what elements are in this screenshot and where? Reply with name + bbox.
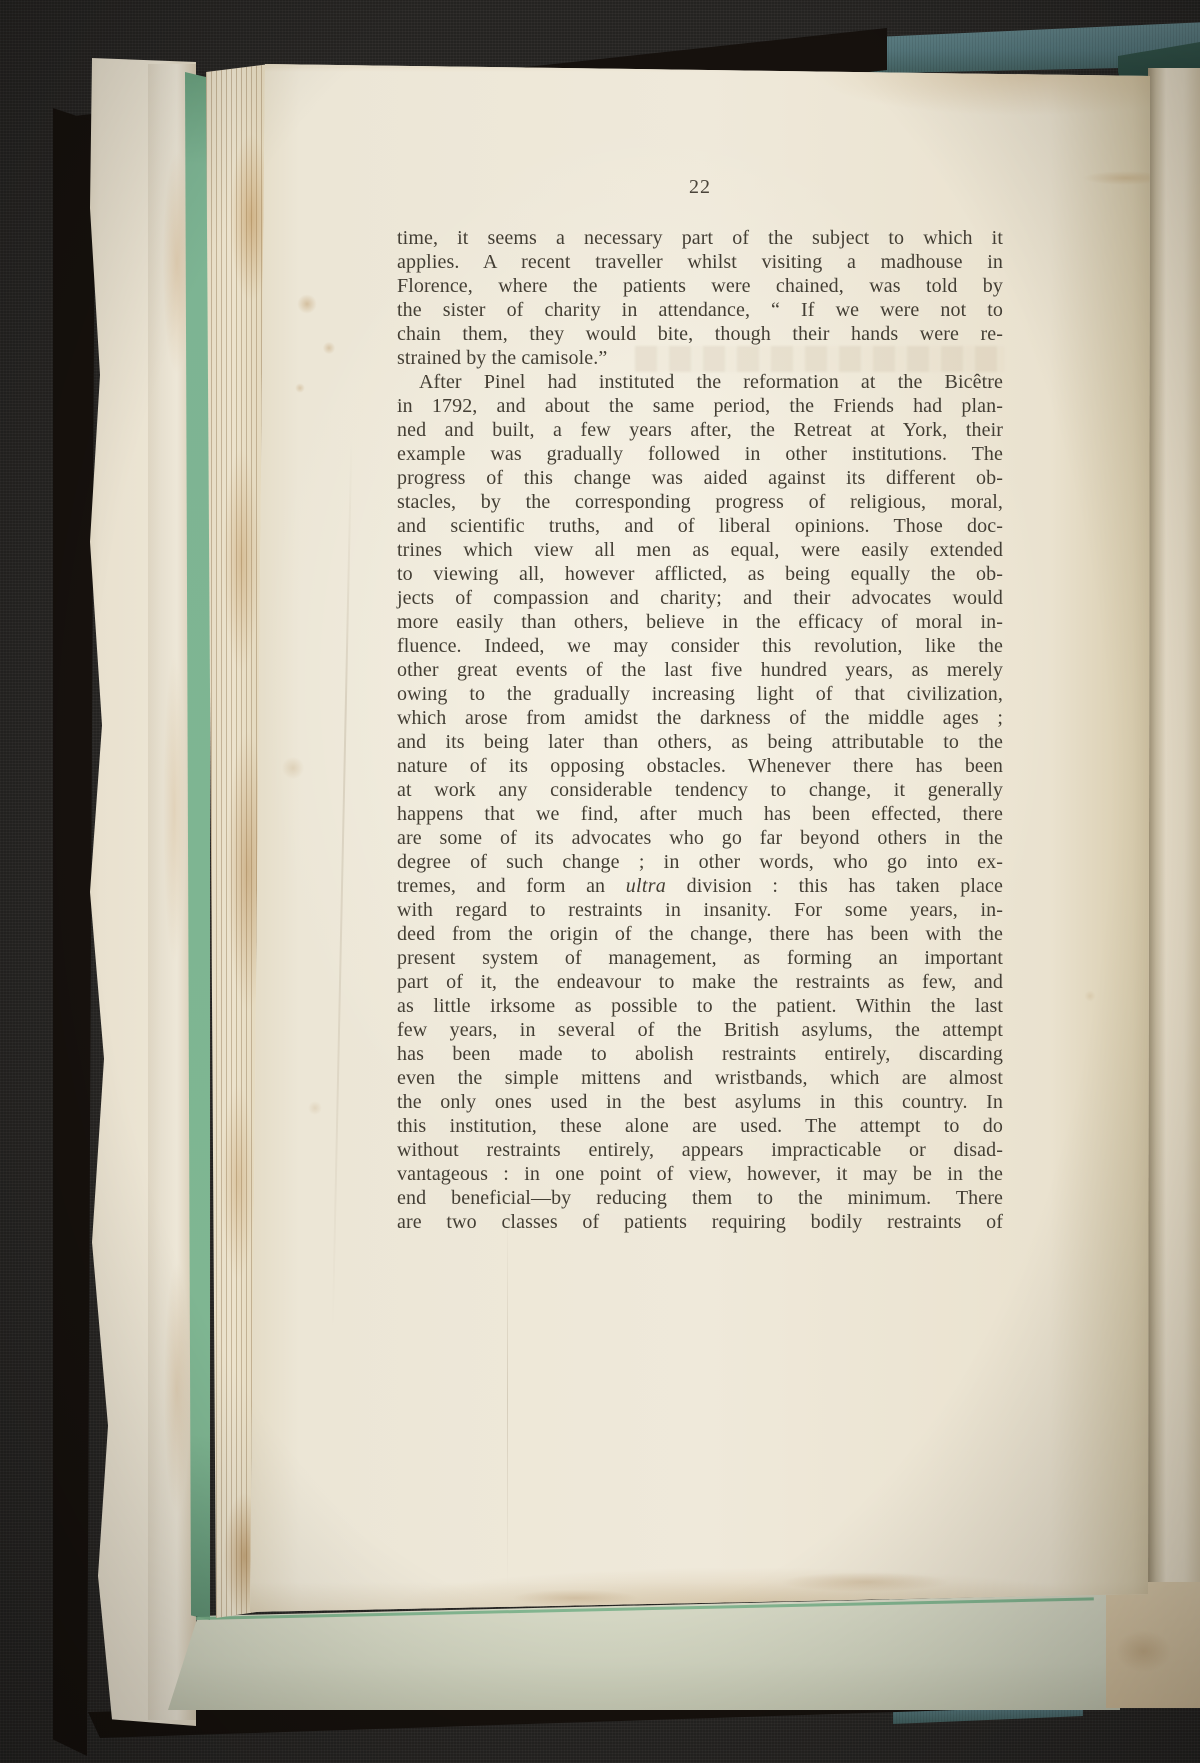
text-line: time, it seems a necessary part of the s… (397, 226, 1003, 250)
text-line: has been made to abolish restraints enti… (397, 1042, 1003, 1066)
text-line: end beneficial—by reducing them to the m… (397, 1186, 1003, 1210)
paragraph: After Pinel had instituted the reformati… (397, 370, 1003, 1234)
text-line: degree of such change ; in other words, … (397, 850, 1003, 874)
text-line: at work any considerable tendency to cha… (397, 778, 1003, 802)
text-line: vantageous : in one point of view, howev… (397, 1162, 1003, 1186)
text-line: ned and built, a few years after, the Re… (397, 418, 1003, 442)
text-line: more easily than others, believe in the … (397, 610, 1003, 634)
text-line: without restraints entirely, appears imp… (397, 1138, 1003, 1162)
text-line: owing to the gradually increasing light … (397, 682, 1003, 706)
text-line: to viewing all, however afflicted, as be… (397, 562, 1003, 586)
text-line: which arose from amidst the darkness of … (397, 706, 1003, 730)
text-line: with regard to restraints in insanity. F… (397, 898, 1003, 922)
text-line: are two classes of patients requiring bo… (397, 1210, 1003, 1234)
text-line: present system of management, as forming… (397, 946, 1003, 970)
text-line: even the simple mittens and wristbands, … (397, 1066, 1003, 1090)
text-line: nature of its opposing obstacles. Whenev… (397, 754, 1003, 778)
text-line: as little irksome as possible to the pat… (397, 994, 1003, 1018)
text-line: and its being later than others, as bein… (397, 730, 1003, 754)
text-line: stacles, by the corresponding progress o… (397, 490, 1003, 514)
text-line: trines which view all men as equal, were… (397, 538, 1003, 562)
text-line: the sister of charity in attendance, “ I… (397, 298, 1003, 322)
text-line: other great events of the last five hund… (397, 658, 1003, 682)
text-line: fluence. Indeed, we may consider this re… (397, 634, 1003, 658)
text-line: the only ones used in the best asylums i… (397, 1090, 1003, 1114)
text-line: this institution, these alone are used. … (397, 1114, 1003, 1138)
text-line: and scientific truths, and of liberal op… (397, 514, 1003, 538)
book-page: 22 time, it seems a necessary part of th… (245, 58, 1160, 1618)
facing-leaf-edge (1148, 68, 1200, 1704)
text-line: tremes, and form an ultra division : thi… (397, 874, 1003, 898)
photo-of-book-page: 22 time, it seems a necessary part of th… (0, 0, 1200, 1763)
text-line: part of it, the endeavour to make the re… (397, 970, 1003, 994)
paragraph: time, it seems a necessary part of the s… (397, 226, 1003, 370)
text-line: example was gradually followed in other … (397, 442, 1003, 466)
text-line: jects of compassion and charity; and the… (397, 586, 1003, 610)
page-crease (507, 1208, 508, 1588)
text-line: progress of this change was aided agains… (397, 466, 1003, 490)
text-line: After Pinel had instituted the reformati… (397, 370, 1003, 394)
text-line: Florence, where the patients were chaine… (397, 274, 1003, 298)
text-line: applies. A recent traveller whilst visit… (397, 250, 1003, 274)
text-line: deed from the origin of the change, ther… (397, 922, 1003, 946)
text-line: few years, in several of the British asy… (397, 1018, 1003, 1042)
page-number: 22 (397, 176, 1003, 199)
text-line: in 1792, and about the same period, the … (397, 394, 1003, 418)
page-text: time, it seems a necessary part of the s… (397, 226, 1003, 1234)
text-line: happens that we find, after much has bee… (397, 802, 1003, 826)
text-line: are some of its advocates who go far bey… (397, 826, 1003, 850)
text-line: chain them, they would bite, though thei… (397, 322, 1003, 346)
tan-page-corner-bottom-right (1106, 1582, 1200, 1708)
text-line: strained by the camisole.” (397, 346, 1003, 370)
